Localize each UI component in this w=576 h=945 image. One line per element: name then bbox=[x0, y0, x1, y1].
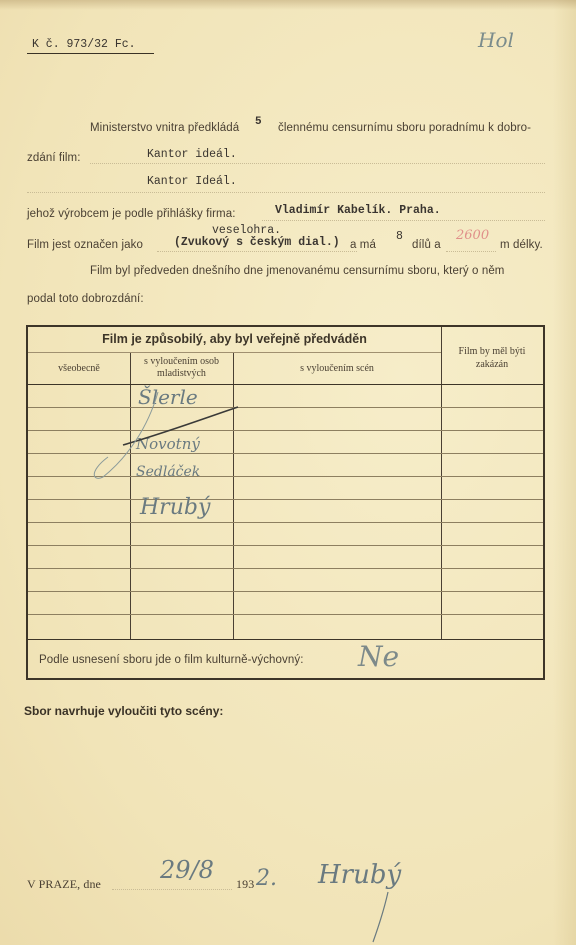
intro-text-before: Ministerstvo vnitra předkládá bbox=[90, 122, 239, 134]
column-header-minors: s vyloučením osob mladistvých bbox=[130, 356, 233, 380]
header-divider bbox=[28, 352, 441, 353]
parts-count: 8 bbox=[396, 230, 403, 243]
header-bottom bbox=[28, 384, 543, 385]
signature-tail bbox=[370, 890, 390, 945]
date-day-month: 29/8 bbox=[160, 856, 214, 884]
film-title-2: Kantor Ideál. bbox=[147, 175, 237, 188]
column-header-general: všeobecně bbox=[28, 363, 130, 374]
main-header: Film je způsobilý, aby byl veřejně předv… bbox=[28, 332, 441, 346]
evaluation-table: Film je způsobilý, aby byl veřejně předv… bbox=[26, 325, 545, 680]
producer-line bbox=[262, 220, 545, 221]
year-suffix: 2. bbox=[256, 866, 277, 891]
year-prefix: 193 bbox=[236, 877, 254, 892]
row-line bbox=[28, 568, 543, 569]
reference-underline bbox=[27, 53, 154, 54]
has-label: a má bbox=[350, 239, 376, 251]
reference-number: K č. 973/32 Fc. bbox=[32, 38, 136, 51]
row-line bbox=[28, 522, 543, 523]
producer-label: jehož výrobcem je podle přihlášky firma: bbox=[27, 208, 236, 220]
members-count: 5 bbox=[255, 116, 262, 128]
cultural-label: Podle usnesení sboru jde o film kulturně… bbox=[39, 654, 304, 666]
corner-note: Hol bbox=[478, 28, 514, 52]
official-signature: Hrubý bbox=[318, 860, 401, 890]
column-header-scenes: s vyloučením scén bbox=[233, 363, 441, 374]
designation-line bbox=[157, 251, 357, 252]
banned-header-line-2: zakázán bbox=[441, 358, 543, 371]
film-title-line-2 bbox=[27, 192, 545, 193]
producer-value: Vladimír Kabelík. Praha. bbox=[275, 204, 441, 217]
film-length: 2600 bbox=[456, 228, 489, 243]
date-line bbox=[112, 889, 232, 890]
intro-text-after: člennému censurnímu sboru poradnímu k do… bbox=[278, 122, 531, 134]
row-line bbox=[28, 591, 543, 592]
designation-label: Film jest označen jako bbox=[27, 239, 143, 251]
banned-header: Film by měl býti zakázán bbox=[441, 345, 543, 371]
row-line bbox=[28, 545, 543, 546]
signature-flourish bbox=[88, 387, 248, 487]
row-line bbox=[28, 499, 543, 500]
banned-header-line-1: Film by měl býti bbox=[441, 345, 543, 358]
place-label: V PRAZE, dne bbox=[27, 877, 101, 892]
parts-label: dílů a bbox=[412, 239, 441, 251]
presented-line-2: podal toto dobrozdání: bbox=[27, 293, 144, 305]
table-body-bottom bbox=[28, 639, 543, 640]
signature-4: Hrubý bbox=[140, 495, 210, 520]
row-line bbox=[28, 614, 543, 615]
scenes-label: Sbor navrhuje vyloučiti tyto scény: bbox=[24, 704, 223, 718]
film-title-1: Kantor ideál. bbox=[147, 148, 237, 161]
film-note: (Zvukový s českým dial.) bbox=[174, 236, 340, 249]
cultural-value: Ne bbox=[358, 640, 399, 673]
col-divider-3 bbox=[441, 327, 442, 639]
film-label: zdání film: bbox=[27, 152, 81, 164]
length-line bbox=[446, 251, 496, 252]
film-title-line bbox=[90, 163, 545, 164]
presented-line-1: Film byl předveden dnešního dne jmenovan… bbox=[90, 265, 505, 277]
length-label: m délky. bbox=[500, 239, 543, 251]
